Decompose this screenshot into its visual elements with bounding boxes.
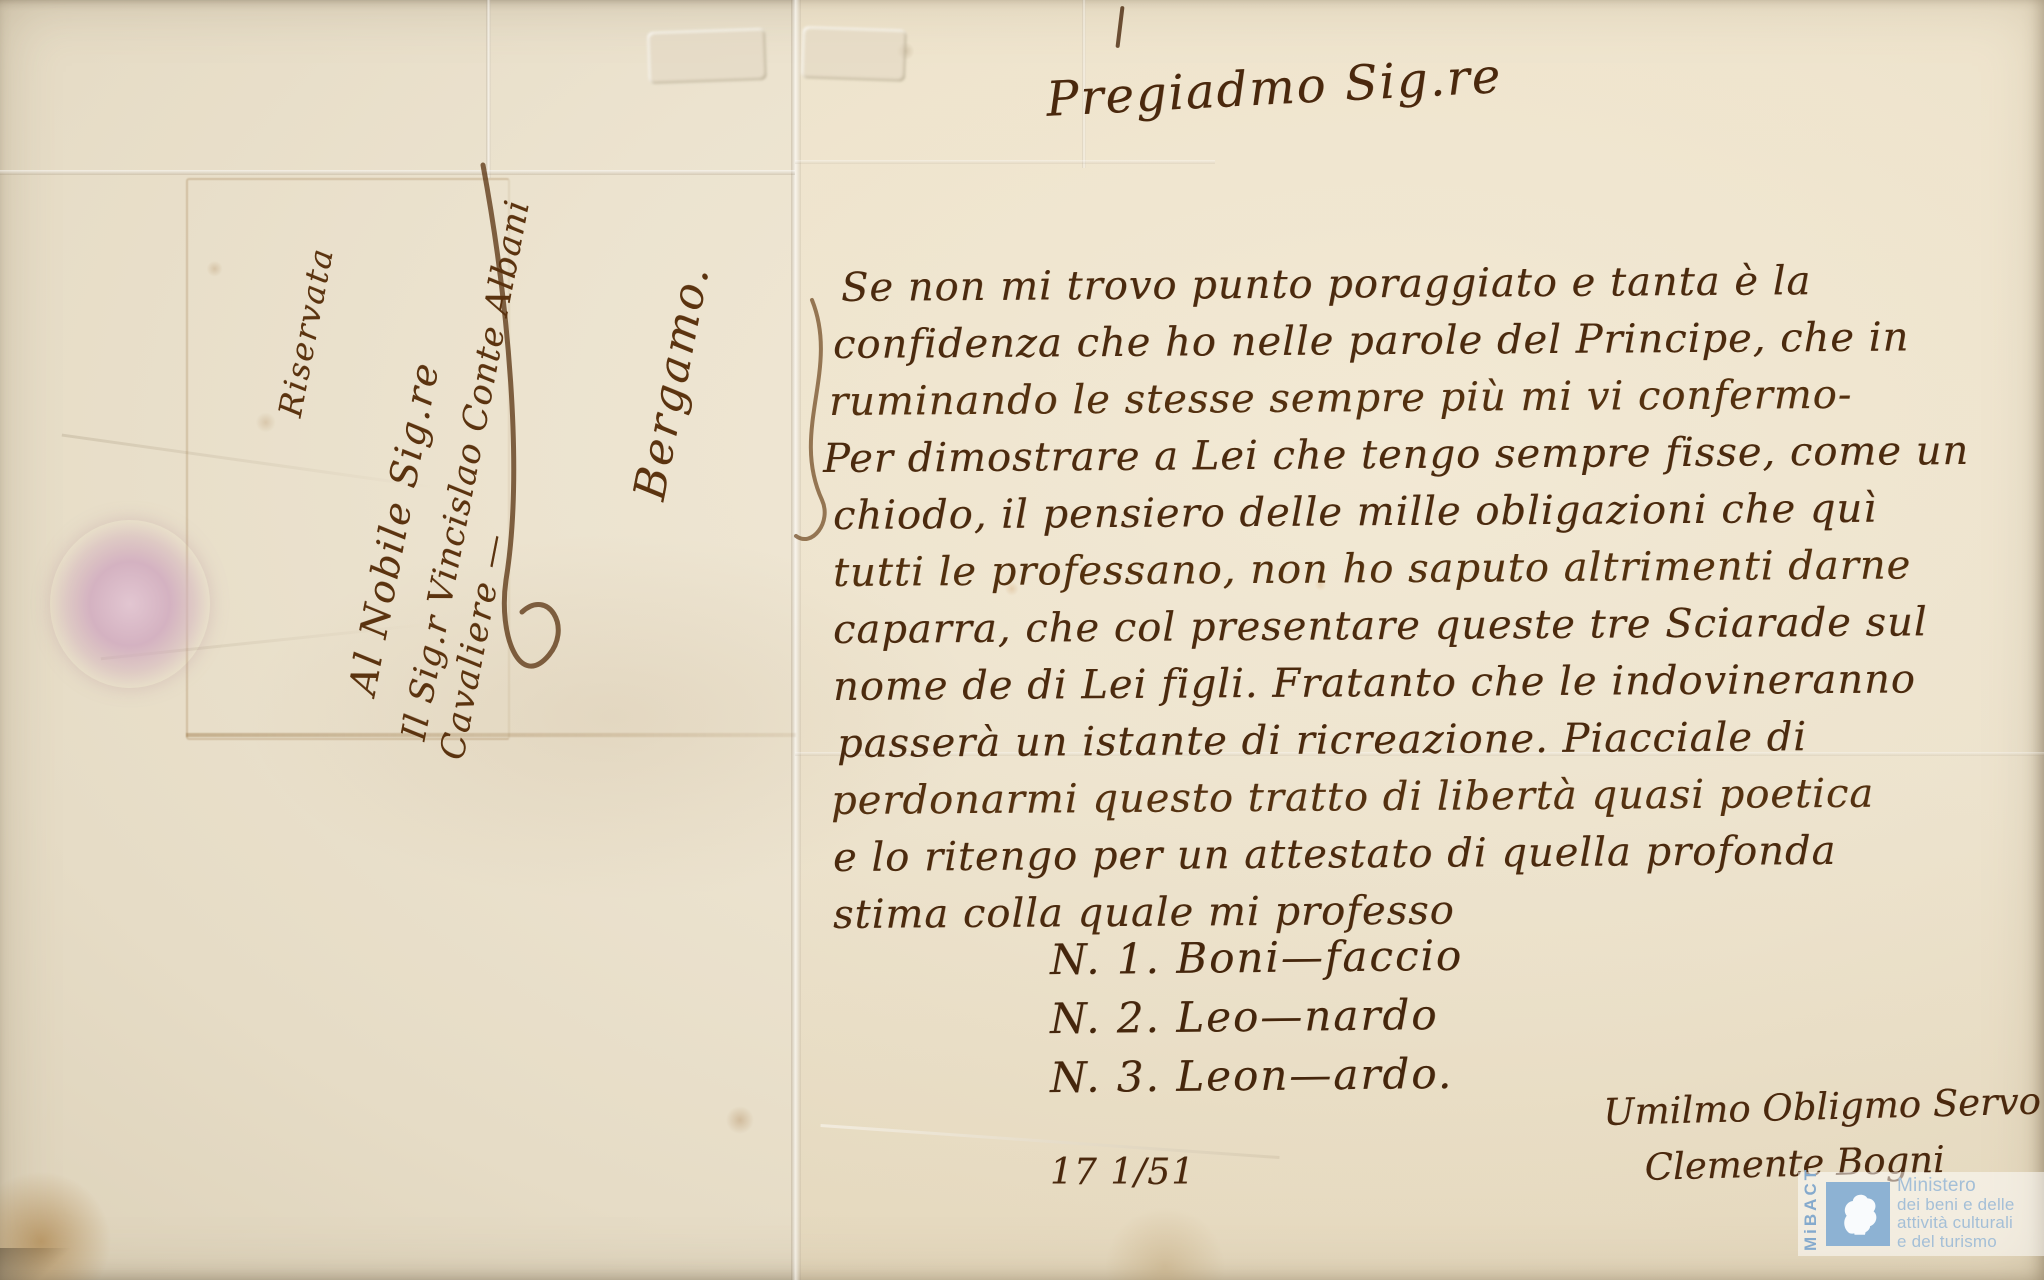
horizontal-crease-right-top [795,160,1215,164]
body-line: passerà un istante di ricreazione. Piacc… [837,708,1970,773]
body-line: Se non mi trovo punto poraggiato e tanta… [841,252,1970,317]
charade-item: N. 1. Boni—faccio [1050,926,1464,989]
mibact-acronym: MiBACT [1802,1177,1819,1251]
body-line: confidenza che ho nelle parole del Princ… [833,309,1970,374]
body-line: e lo ritengo per un attestato di quella … [833,822,1970,887]
body-line: tutti le professano, non ho saputo altri… [833,537,1970,602]
fold-stain-bottom [186,733,796,737]
mibact-text-line: attività culturali [1897,1214,2015,1233]
statue-figure-icon [1832,1188,1884,1240]
mibact-text: Ministero dei beni e delle attività cult… [1897,1177,2015,1251]
closing-formula: Umilmo Obligmo Servo [1603,1075,1984,1141]
body-line: perdonarmi questo tratto di libertà quas… [831,765,1970,830]
embossed-stamp-left [647,28,767,84]
body-line: nome de di Lei figli. Fratanto che le in… [833,651,1970,716]
mibact-logo-icon [1826,1182,1890,1246]
mibact-watermark: MiBACT Ministero dei beni e delle attivi… [1798,1172,2044,1256]
embossed-stamp-right [801,26,907,82]
charade-item: N. 2. Leo—nardo [1050,985,1464,1048]
date-mark: 17 1/51 [1050,1152,1195,1193]
body-line: chiodo, il pensiero delle mille obligazi… [833,480,1970,545]
letter-body: Se non mi trovo punto poraggiato e tanta… [833,256,1969,940]
center-fold-line [791,0,801,1280]
salutation: Pregiadmo Sig.re [1045,48,1504,128]
ink-mark [1115,6,1124,48]
charade-item: N. 3. Leon—ardo. [1050,1044,1464,1107]
mibact-text-line: dei beni e delle [1897,1196,2015,1215]
address-line-riservata: Riservata [271,244,341,420]
mibact-text-line: Ministero [1897,1177,2015,1196]
wax-seal [50,520,210,688]
vertical-crease-left [486,0,491,178]
scan-corner-shadow [0,1248,70,1280]
body-line: ruminando le stesse sempre più mi vi con… [829,366,1970,431]
body-line: caparra, che col presentare queste tre S… [833,594,1970,659]
body-line: Per dimostrare a Lei che tengo sempre fi… [823,423,1970,488]
letter-scan: Riservata Al Nobile Sig.re Il Sig.r Vinc… [0,0,2044,1280]
address-line-city: Bergamo. [624,260,720,505]
horizontal-crease-left-top [0,170,795,175]
charade-list: N. 1. Boni—faccio N. 2. Leo—nardo N. 3. … [1050,928,1463,1105]
mibact-text-line: e del turismo [1897,1233,2015,1252]
